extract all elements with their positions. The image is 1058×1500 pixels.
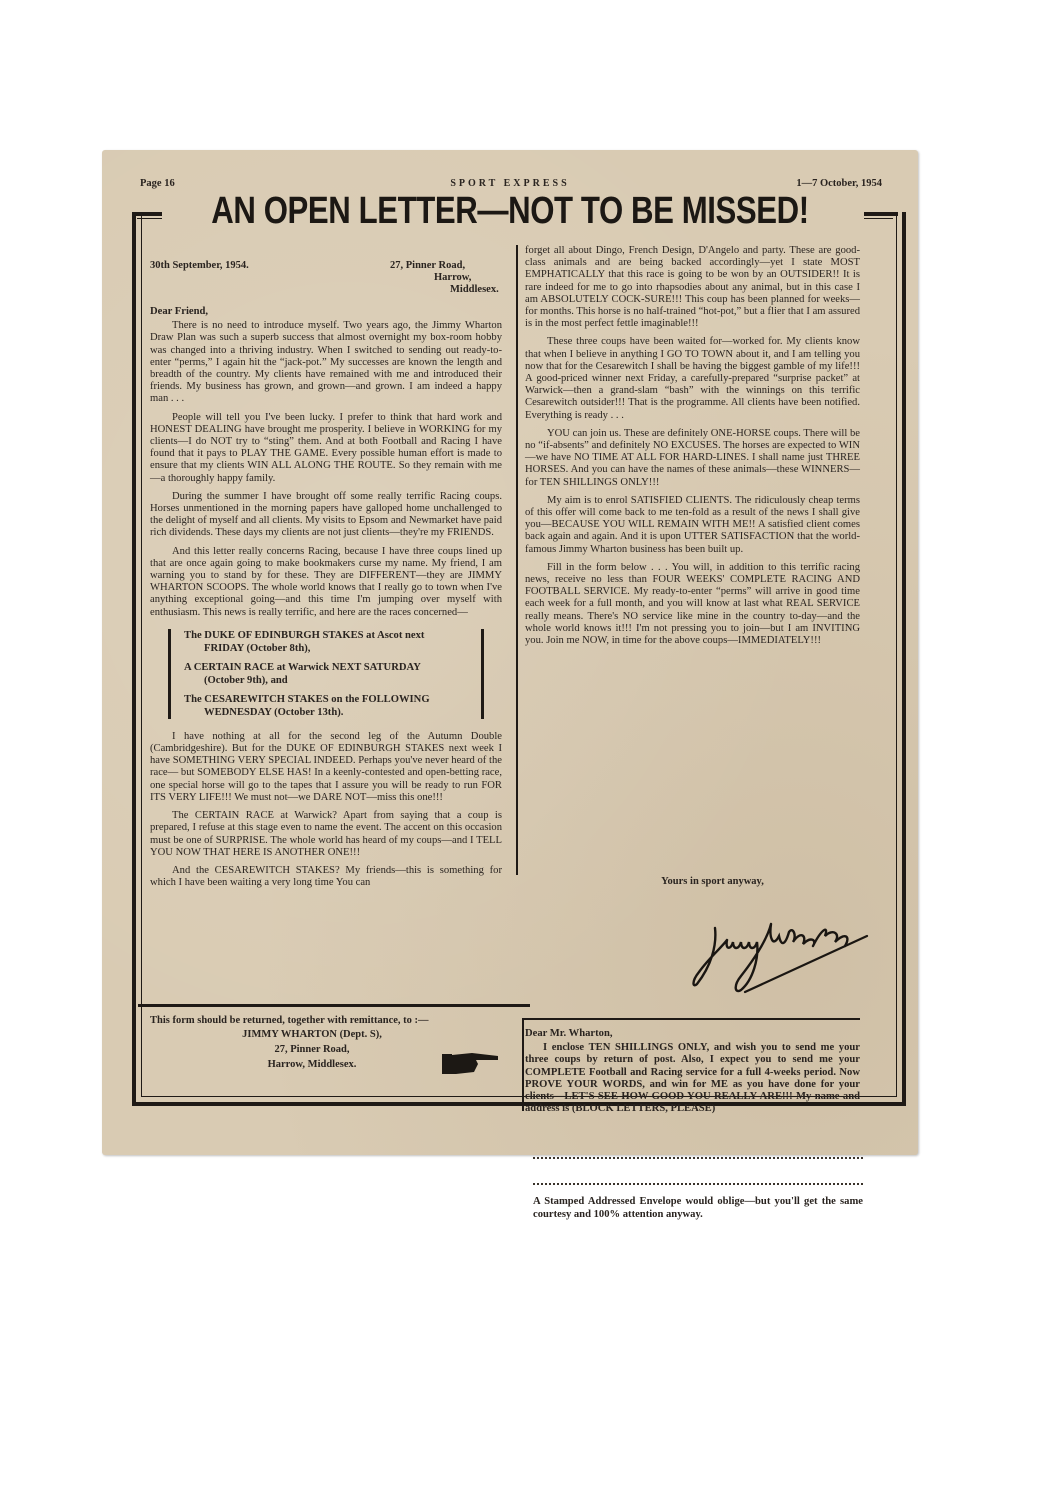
paragraph: My aim is to enrol SATISFIED CLIENTS. Th… (525, 495, 860, 556)
sae-footnote: A Stamped Addressed Envelope would oblig… (533, 1195, 863, 1221)
return-street: 27, Pinner Road, (212, 1042, 412, 1057)
name-field-line[interactable] (533, 1157, 863, 1159)
letter-right-column: forget all about Dingo, French Design, D… (525, 245, 860, 653)
order-form-top-rule (522, 1018, 860, 1020)
form-separator (138, 1004, 530, 1007)
paragraph: And the CESAREWITCH STAKES? My friends—t… (150, 865, 502, 889)
order-form: Dear Mr. Wharton, I enclose TEN SHILLING… (525, 1028, 860, 1115)
column-divider (516, 245, 518, 875)
paragraph: The CERTAIN RACE at Warwick? Apart from … (150, 810, 502, 859)
sender-address: 27, Pinner Road, Harrow, Middlesex. (390, 260, 499, 296)
return-intro: This form should be returned, together w… (150, 1015, 530, 1027)
return-name: JIMMY WHARTON (Dept. S), (212, 1027, 412, 1042)
address-field-line[interactable] (533, 1183, 863, 1185)
pointing-hand-icon (442, 1050, 500, 1076)
paragraph: I have nothing at all for the second leg… (150, 731, 502, 804)
letter-left-column: 30th September, 1954. 27, Pinner Road, H… (150, 260, 502, 895)
form-salutation: Dear Mr. Wharton, (525, 1028, 860, 1040)
paragraph: forget all about Dingo, French Design, D… (525, 245, 860, 330)
form-body: I enclose TEN SHILLINGS ONLY, and wish y… (525, 1042, 860, 1115)
race-item: The DUKE OF EDINBURGH STAKES at Ascot ne… (184, 629, 468, 655)
paragraph: Fill in the form below . . . You will, i… (525, 562, 860, 647)
paragraph: There is no need to introduce myself. Tw… (150, 320, 502, 405)
salutation: Dear Friend, (150, 306, 502, 318)
valediction: Yours in sport anyway, (565, 876, 860, 887)
newspaper-page: Page 16 SPORT EXPRESS 1—7 October, 1954 … (102, 150, 918, 1155)
letter-date: 30th September, 1954. (150, 260, 249, 272)
paragraph: And this letter really concerns Racing, … (150, 546, 502, 619)
race-item: A CERTAIN RACE at Warwick NEXT SATURDAY … (184, 661, 468, 687)
issue-date: 1—7 October, 1954 (796, 178, 882, 189)
paragraph: During the summer I have brought off som… (150, 491, 502, 540)
race-item: The CESAREWITCH STAKES on the FOLLOWING … (184, 693, 468, 719)
races-box: The DUKE OF EDINBURGH STAKES at Ascot ne… (168, 629, 484, 719)
paragraph: YOU can join us. These are definitely ON… (525, 428, 860, 489)
return-town: Harrow, Middlesex. (212, 1057, 412, 1072)
signature-icon (675, 906, 875, 996)
signature-block: Yours in sport anyway, (525, 876, 860, 887)
paragraph: These three coups have been waited for—w… (525, 336, 860, 421)
letter-heading: 30th September, 1954. 27, Pinner Road, H… (150, 260, 502, 300)
paragraph: People will tell you I've been lucky. I … (150, 412, 502, 485)
